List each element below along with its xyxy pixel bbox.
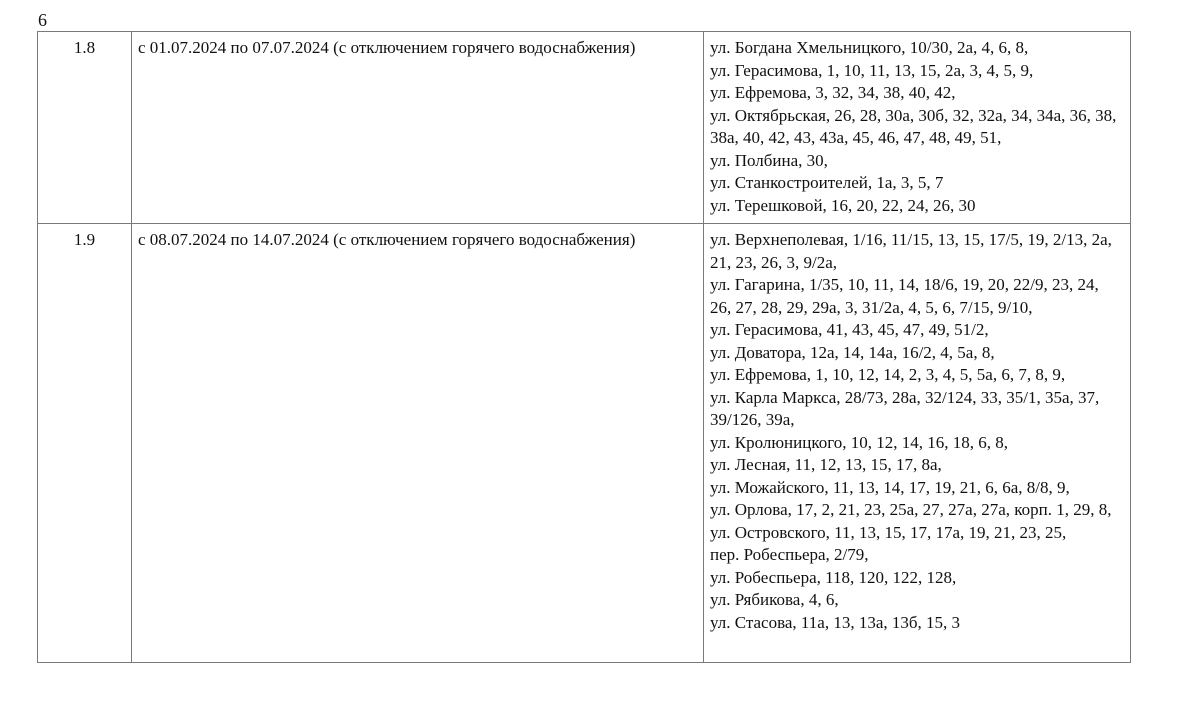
outage-period: с 01.07.2024 по 07.07.2024 (с отключение… — [132, 32, 704, 224]
row-number: 1.9 — [38, 224, 132, 663]
address-entry: ул. Орлова, 17, 2, 21, 23, 25а, 27, 27а,… — [710, 499, 1124, 522]
address-entry: ул. Верхнеполевая, 1/16, 11/15, 13, 15, … — [710, 229, 1124, 274]
table-row: 1.8 с 01.07.2024 по 07.07.2024 (с отключ… — [38, 32, 1131, 224]
address-entry: ул. Островского, 11, 13, 15, 17, 17а, 19… — [710, 522, 1124, 545]
address-list: ул. Верхнеполевая, 1/16, 11/15, 13, 15, … — [704, 224, 1131, 663]
address-entry: ул. Ефремова, 1, 10, 12, 14, 2, 3, 4, 5,… — [710, 364, 1124, 387]
row-number: 1.8 — [38, 32, 132, 224]
address-entry: ул. Ефремова, 3, 32, 34, 38, 40, 42, — [710, 82, 1124, 105]
address-entry: ул. Гагарина, 1/35, 10, 11, 14, 18/6, 19… — [710, 274, 1124, 319]
address-entry: ул. Станкостроителей, 1а, 3, 5, 7 — [710, 172, 1124, 195]
address-entry: ул. Робеспьера, 118, 120, 122, 128, — [710, 567, 1124, 590]
outage-period: с 08.07.2024 по 14.07.2024 (с отключение… — [132, 224, 704, 663]
address-entry: ул. Доватора, 12а, 14, 14а, 16/2, 4, 5а,… — [710, 342, 1124, 365]
address-list: ул. Богдана Хмельницкого, 10/30, 2а, 4, … — [704, 32, 1131, 224]
address-entry: ул. Герасимова, 41, 43, 45, 47, 49, 51/2… — [710, 319, 1124, 342]
outage-schedule-table: 1.8 с 01.07.2024 по 07.07.2024 (с отключ… — [37, 31, 1131, 663]
address-entry: ул. Богдана Хмельницкого, 10/30, 2а, 4, … — [710, 37, 1124, 60]
address-entry: ул. Можайского, 11, 13, 14, 17, 19, 21, … — [710, 477, 1124, 500]
address-entry: пер. Робеспьера, 2/79, — [710, 544, 1124, 567]
page-number: 6 — [38, 9, 47, 31]
table-row: 1.9 с 08.07.2024 по 14.07.2024 (с отключ… — [38, 224, 1131, 663]
address-entry: ул. Рябикова, 4, 6, — [710, 589, 1124, 612]
address-entry: ул. Октябрьская, 26, 28, 30а, 30б, 32, 3… — [710, 105, 1124, 150]
address-entry: ул. Терешковой, 16, 20, 22, 24, 26, 30 — [710, 195, 1124, 218]
address-entry: ул. Стасова, 11а, 13, 13а, 13б, 15, 3 — [710, 612, 1124, 635]
address-entry: ул. Герасимова, 1, 10, 11, 13, 15, 2а, 3… — [710, 60, 1124, 83]
address-entry: ул. Полбина, 30, — [710, 150, 1124, 173]
address-entry: ул. Лесная, 11, 12, 13, 15, 17, 8а, — [710, 454, 1124, 477]
address-entry: ул. Кролюницкого, 10, 12, 14, 16, 18, 6,… — [710, 432, 1124, 455]
address-entry: ул. Карла Маркса, 28/73, 28а, 32/124, 33… — [710, 387, 1124, 432]
